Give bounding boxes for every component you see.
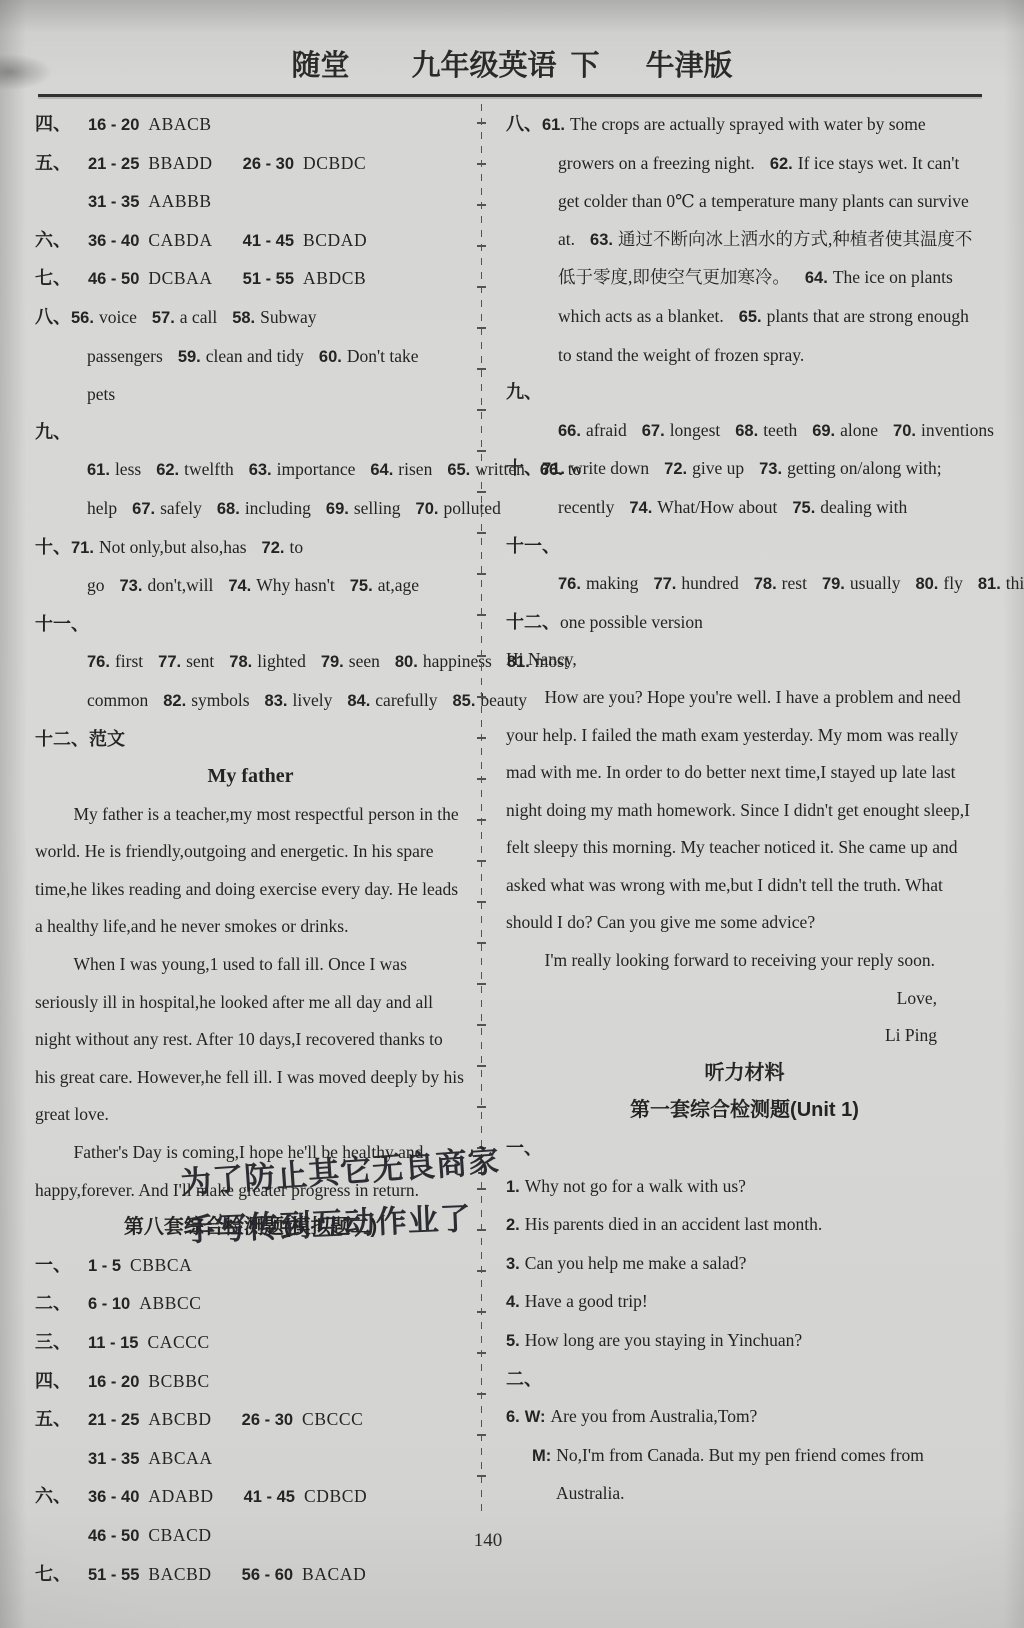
answer-item: 76.making	[558, 573, 638, 593]
answer-item: 57.a call	[152, 307, 217, 327]
book-edition: 牛津版	[646, 50, 733, 82]
letter-signature: Li Ping	[506, 1017, 983, 1055]
answer-section-8: 八、61.The crops are actually sprayed with…	[506, 106, 983, 374]
answer-grid-2: 一、1 - 5CBBCA 二、6 - 10ABBCC 三、11 - 15CACC…	[35, 1247, 466, 1594]
section-numeral: 二、	[35, 1285, 88, 1323]
section-numeral: 五、	[35, 145, 88, 183]
column-divider-cutline	[477, 104, 486, 1516]
answer-item: 61.less	[87, 459, 141, 479]
answer-section-10: 十、71.write down72.give up73.getting on/a…	[506, 450, 983, 527]
answer-item: 56.voice	[71, 307, 137, 327]
page-header: 随堂九年级英语下牛津版	[0, 46, 1024, 86]
section-numeral: 一、	[35, 1247, 88, 1285]
answer-range-pair: 41 - 45CDBCD	[244, 1486, 368, 1506]
answer-item: 62.twelfth	[156, 459, 234, 479]
section-numeral: 十一、	[35, 614, 89, 634]
section-numeral: 四、	[35, 1363, 88, 1401]
answer-item: 72.give up	[664, 458, 744, 478]
section-numeral: 九、	[35, 422, 71, 442]
listening-line: 1.Why not go for a walk with us?	[506, 1168, 983, 1207]
answer-range-pair: 46 - 50DCBAA	[88, 268, 213, 288]
answer-item: 63.importance	[249, 459, 356, 479]
listening-part1-items: 1.Why not go for a walk with us? 2.His p…	[506, 1168, 983, 1361]
answer-item: 77.hundred	[653, 573, 738, 593]
essay-paragraph: When I was young,1 used to fall ill. Onc…	[35, 946, 466, 1134]
answer-row: 46 - 50CBACD	[35, 1517, 466, 1556]
answer-item: 75.at,age	[350, 575, 419, 595]
answer-row: 七、51 - 55BACBD56 - 60BACAD	[35, 1556, 466, 1595]
answer-section-9: 九、61.less62.twelfth63.importance64.risen…	[35, 414, 466, 529]
answer-range-pair: 41 - 45BCDAD	[243, 230, 368, 250]
answer-range-pair: 51 - 55BACBD	[88, 1564, 212, 1584]
section-numeral: 四、	[35, 106, 88, 144]
answer-item: 77.sent	[158, 651, 214, 671]
section-numeral: 八、	[35, 307, 71, 327]
answer-range-pair: 16 - 20BCBBC	[88, 1371, 210, 1391]
answer-row: 六、36 - 40ADABD41 - 45CDBCD	[35, 1478, 466, 1517]
answer-range-pair: 36 - 40ADABD	[88, 1486, 214, 1506]
answer-row: 二、6 - 10ABBCC	[35, 1285, 466, 1324]
listening-line: 5.How long are you staying in Yinchuan?	[506, 1322, 983, 1361]
section-numeral: 八、	[506, 114, 542, 134]
answer-row: 四、16 - 20ABACB	[35, 106, 466, 145]
answer-item: 70.inventions	[893, 420, 994, 440]
letter-body: How are you? Hope you're well. I have a …	[506, 679, 983, 980]
answer-item: 76.first	[87, 651, 143, 671]
answer-range-pair: 1 - 5CBBCA	[88, 1255, 192, 1275]
model-essay-note: one possible version	[560, 612, 703, 632]
right-column: 八、61.The crops are actually sprayed with…	[506, 106, 983, 1513]
answer-range-pair: 26 - 30CBCCC	[242, 1409, 364, 1429]
answer-range-pair: 46 - 50CBACD	[88, 1525, 212, 1545]
answer-item: 79.usually	[822, 573, 901, 593]
listening-title: 听力材料	[506, 1055, 983, 1093]
letter-paragraph: I'm really looking forward to receiving …	[506, 942, 983, 980]
answer-item: 81.thinks	[978, 573, 1024, 593]
series-brand: 随堂	[291, 50, 349, 82]
answer-range-pair: 21 - 25ABCBD	[88, 1409, 212, 1429]
listening-line: 3.Can you help me make a salad?	[506, 1245, 983, 1284]
section-numeral: 六、	[35, 222, 88, 260]
letter-closing: Love,	[506, 980, 983, 1018]
answer-range-pair: 31 - 35AABBB	[88, 191, 212, 211]
answer-item: 74.Why hasn't	[228, 575, 334, 595]
answer-item: 70.polluted	[416, 498, 501, 518]
handwritten-annotation: 为了防止其它无良商家 手写传到互动作业了	[179, 1135, 515, 1262]
section-numeral: 七、	[35, 260, 88, 298]
answer-item: 71.Not only,but also,has	[71, 537, 247, 557]
answer-range-pair: 36 - 40CABDA	[88, 230, 213, 250]
answer-item: 78.lighted	[229, 651, 306, 671]
answer-range-pair: 21 - 25BBADD	[88, 153, 213, 173]
left-column: 四、16 - 20ABACB 五、21 - 25BBADD26 - 30DCBD…	[35, 106, 466, 1594]
answer-range-pair: 11 - 15CACCC	[88, 1332, 210, 1352]
answer-item: 69.selling	[326, 498, 401, 518]
answer-item: 69.alone	[812, 420, 878, 440]
answer-item: 66.afraid	[558, 420, 627, 440]
answer-range-pair: 31 - 35ABCAA	[88, 1448, 213, 1468]
section-numeral: 五、	[35, 1401, 88, 1439]
answer-range-pair: 56 - 60BACAD	[242, 1564, 367, 1584]
answer-grid-1: 四、16 - 20ABACB 五、21 - 25BBADD26 - 30DCBD…	[35, 106, 466, 299]
answer-range-pair: 51 - 55ABDCB	[243, 268, 367, 288]
listening-part1-label: 一、	[506, 1130, 983, 1168]
book-volume: 下	[571, 50, 600, 82]
answer-item: 74.What/How about	[629, 497, 777, 517]
section-numeral: 十、	[506, 458, 542, 478]
answer-row: 四、16 - 20BCBBC	[35, 1363, 466, 1402]
listening-part2-label: 二、	[506, 1361, 983, 1399]
section-12-label: 十二、范文	[35, 721, 466, 759]
answer-item: 59.clean and tidy	[178, 346, 304, 366]
answer-item: 71.write down	[542, 458, 649, 478]
answer-section-9: 九、66.afraid67.longest68.teeth69.alone70.…	[506, 374, 983, 450]
dialogue-woman-line: 6.W:Are you from Australia,Tom?	[506, 1398, 983, 1437]
listening-subtitle: 第一套综合检测题(Unit 1)	[506, 1092, 983, 1130]
book-title: 九年级英语	[411, 50, 556, 82]
answer-row: 五、21 - 25ABCBD26 - 30CBCCC	[35, 1401, 466, 1440]
header-rule	[38, 94, 982, 97]
answer-item: 84.carefully	[347, 690, 437, 710]
section-numeral: 七、	[35, 1556, 88, 1594]
answer-item: 80.fly	[915, 573, 962, 593]
answer-item: 68.including	[217, 498, 311, 518]
answer-item: 68.teeth	[735, 420, 797, 440]
section-numeral: 三、	[35, 1324, 88, 1362]
answer-range-pair: 6 - 10ABBCC	[88, 1293, 202, 1313]
section-numeral: 九、	[506, 382, 542, 402]
answer-item: 67.longest	[642, 420, 721, 440]
answer-section-8: 八、56.voice57.a call58.Subway passengers5…	[35, 299, 466, 414]
answer-row: 31 - 35AABBB	[35, 183, 466, 222]
letter-salutation: Hi Nancy,	[506, 641, 983, 679]
answer-row: 三、11 - 15CACCC	[35, 1324, 466, 1363]
answer-row: 31 - 35ABCAA	[35, 1440, 466, 1479]
answer-range-pair: 16 - 20ABACB	[88, 114, 212, 134]
answer-item: 79.seen	[321, 651, 380, 671]
section-numeral: 六、	[35, 1478, 88, 1516]
answer-item: 78.rest	[754, 573, 807, 593]
answer-row: 五、21 - 25BBADD26 - 30DCBDC	[35, 145, 466, 184]
listening-line: 2.His parents died in an accident last m…	[506, 1206, 983, 1245]
answer-item: 73.don't,will	[120, 575, 214, 595]
section-numeral: 十一、	[506, 536, 560, 556]
answer-section-11: 十一、76.first77.sent78.lighted79.seen80.ha…	[35, 606, 466, 721]
section-numeral: 十、	[35, 537, 71, 557]
listening-line: 4.Have a good trip!	[506, 1283, 983, 1322]
answer-item: 64.risen	[370, 459, 432, 479]
answer-section-10: 十、71.Not only,but also,has72.to go73.don…	[35, 529, 466, 606]
answer-item: 82.symbols	[163, 690, 249, 710]
letter-paragraph: How are you? Hope you're well. I have a …	[506, 679, 983, 942]
answer-book-page: 随堂九年级英语下牛津版 四、16 - 20ABACB 五、21 - 25BBAD…	[0, 0, 1024, 1628]
essay-paragraph: My father is a teacher,my most respectfu…	[35, 796, 466, 946]
answer-item: 83.lively	[265, 690, 333, 710]
page-number: 140	[438, 1530, 538, 1552]
answer-section-11: 十一、76.making77.hundred78.rest79.usually8…	[506, 528, 983, 604]
answer-item: 67.safely	[132, 498, 202, 518]
section-12-label: 十二、one possible version	[506, 604, 983, 642]
listening-dialogue: 6.W:Are you from Australia,Tom? M:No,I'm…	[506, 1398, 983, 1513]
answer-row: 七、46 - 50DCBAA51 - 55ABDCB	[35, 260, 466, 299]
dialogue-man-line: M:No,I'm from Canada. But my pen friend …	[506, 1437, 983, 1513]
answer-item: 75.dealing with	[792, 497, 907, 517]
essay-title: My father	[35, 758, 466, 796]
answer-row: 六、36 - 40CABDA41 - 45BCDAD	[35, 222, 466, 261]
answer-range-pair: 26 - 30DCBDC	[243, 153, 367, 173]
